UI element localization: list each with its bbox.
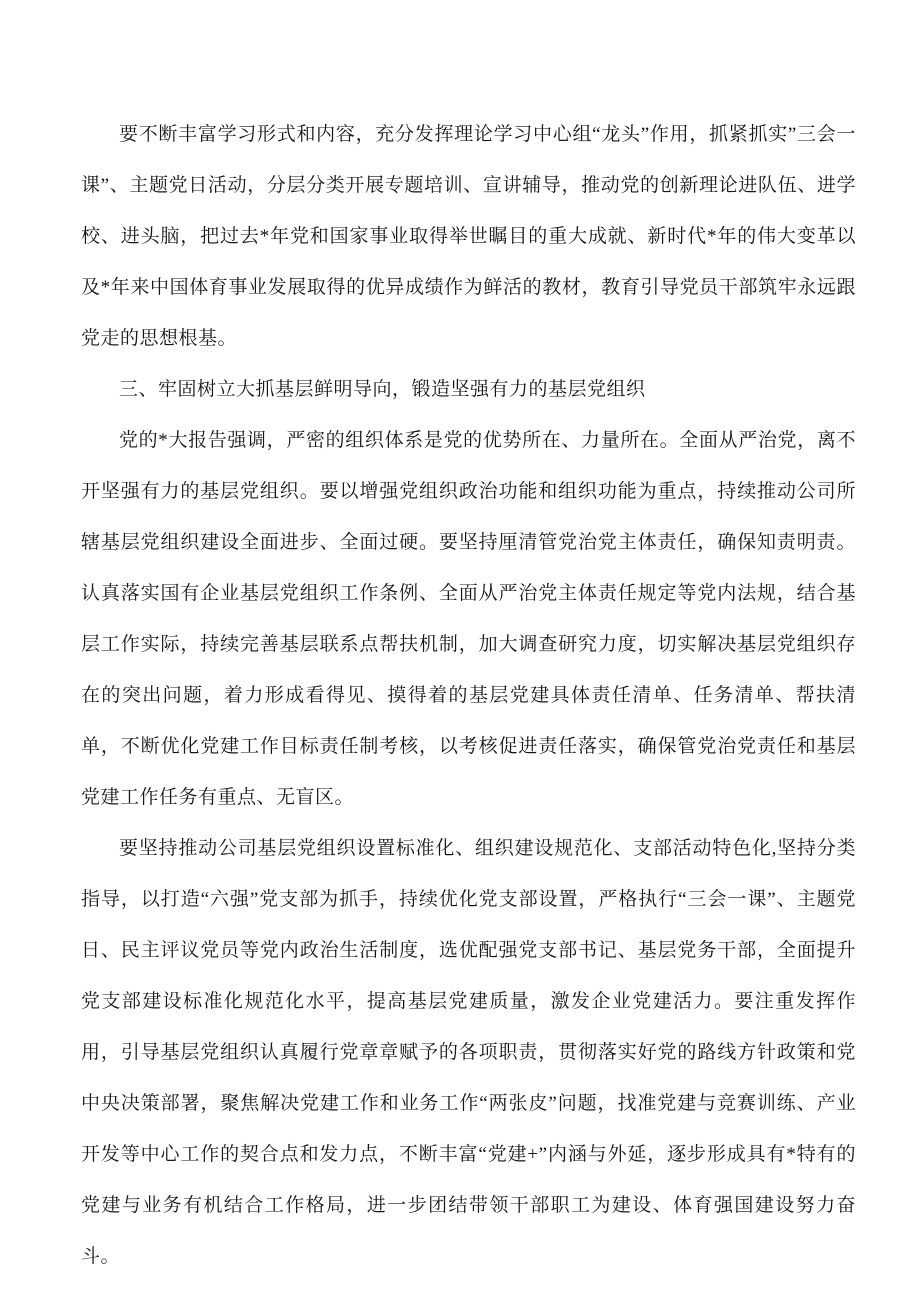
paragraph: 要不断丰富学习形式和内容，充分发挥理论学习中心组“龙头”作用，抓紧抓实”三会一课… (81, 109, 856, 364)
document-page: 要不断丰富学习形式和内容，充分发挥理论学习中心组“龙头”作用，抓紧抓实”三会一课… (0, 0, 920, 1301)
paragraph: 要坚持推动公司基层党组织设置标准化、组织建设规范化、支部活动特色化,坚持分类指导… (81, 823, 856, 1282)
section-heading: 三、牢固树立大抓基层鲜明导向，锻造坚强有力的基层党组织 (81, 364, 856, 415)
document-body: 要不断丰富学习形式和内容，充分发挥理论学习中心组“龙头”作用，抓紧抓实”三会一课… (81, 109, 856, 1282)
paragraph: 党的*大报告强调，严密的组织体系是党的优势所在、力量所在。全面从严治党，离不开坚… (81, 415, 856, 823)
